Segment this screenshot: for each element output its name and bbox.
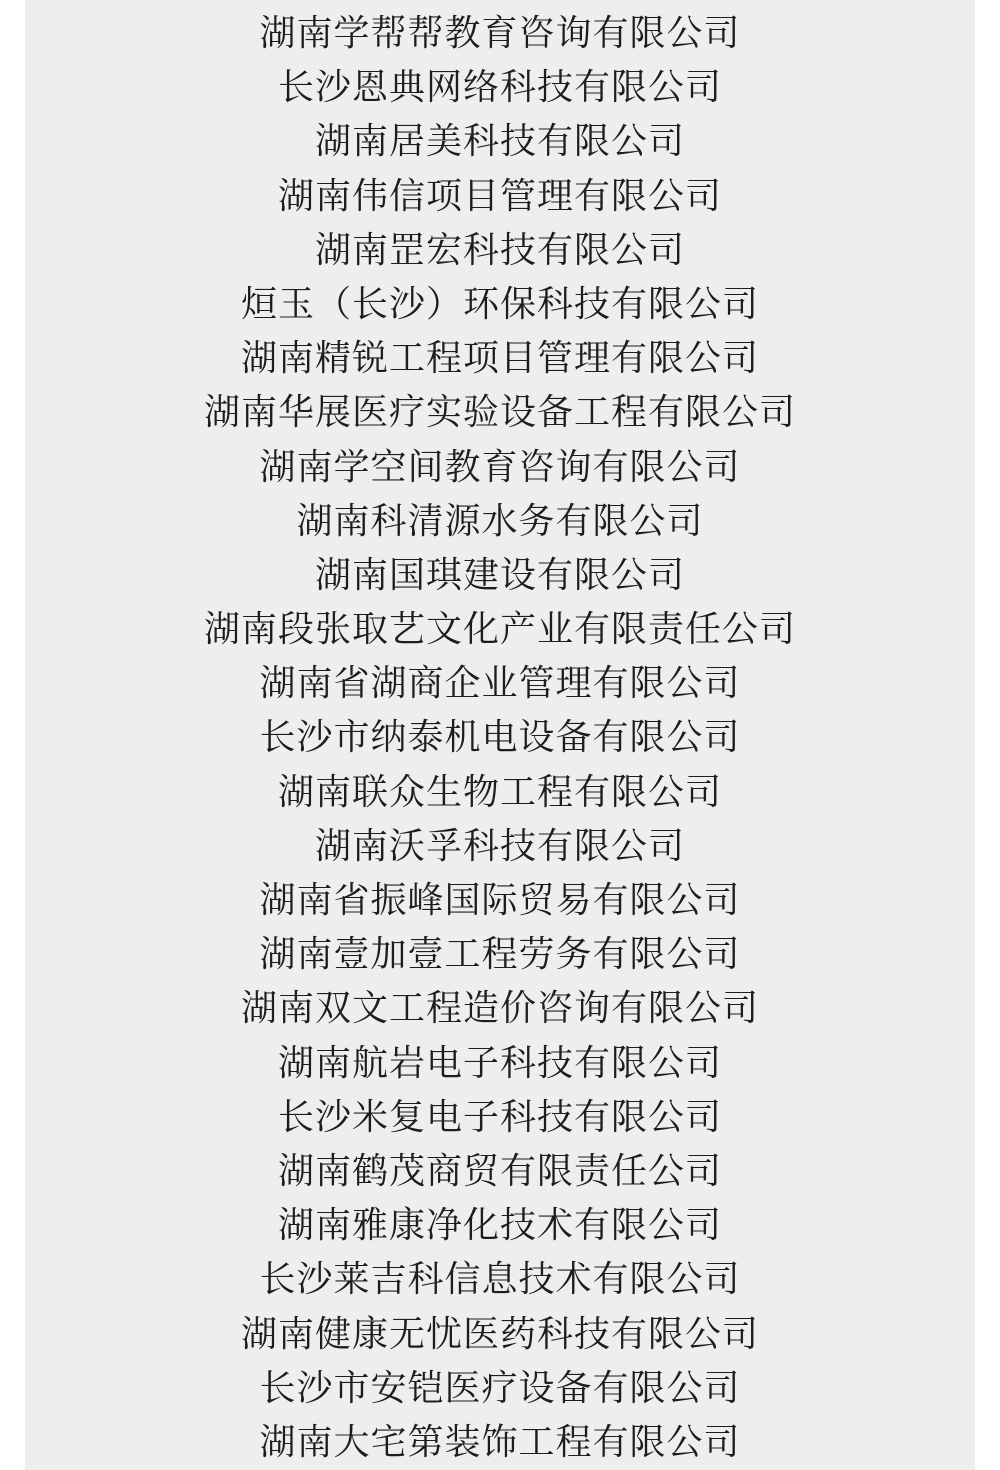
company-name-text: 长沙莱吉科信息技术有限公司 bbox=[259, 1258, 740, 1299]
company-list-item: 湖南省湖商企业管理有限公司 bbox=[25, 656, 975, 710]
company-list-item: 烜玉（长沙）环保科技有限公司 bbox=[25, 277, 975, 331]
company-list-item: 湖南伟信项目管理有限公司 bbox=[25, 169, 975, 223]
company-name-text: 湖南健康无忧医药科技有限公司 bbox=[241, 1313, 759, 1354]
company-list-item: 湖南华展医疗实验设备工程有限公司 bbox=[25, 385, 975, 439]
company-name-text: 湖南段张取艺文化产业有限责任公司 bbox=[204, 608, 796, 649]
company-list-item: 湖南壹加壹工程劳务有限公司 bbox=[25, 927, 975, 981]
company-list-item: 湖南雅康净化技术有限公司 bbox=[25, 1198, 975, 1252]
company-list-item: 湖南学帮帮教育咨询有限公司 bbox=[25, 6, 975, 60]
company-list-panel: 湖南学帮帮教育咨询有限公司 长沙恩典网络科技有限公司 湖南居美科技有限公司 湖南… bbox=[25, 0, 975, 1470]
company-list-item: 湖南精锐工程项目管理有限公司 bbox=[25, 331, 975, 385]
company-name-text: 长沙市纳泰机电设备有限公司 bbox=[259, 716, 740, 757]
company-list: 湖南学帮帮教育咨询有限公司 长沙恩典网络科技有限公司 湖南居美科技有限公司 湖南… bbox=[25, 6, 975, 1469]
company-name-text: 湖南壹加壹工程劳务有限公司 bbox=[259, 933, 740, 974]
company-name-text: 湖南沃孚科技有限公司 bbox=[315, 825, 685, 866]
company-name-text: 湖南学空间教育咨询有限公司 bbox=[259, 446, 740, 487]
company-name-text: 湖南航岩电子科技有限公司 bbox=[278, 1042, 722, 1083]
company-list-item: 湖南联众生物工程有限公司 bbox=[25, 765, 975, 819]
company-name-text: 长沙市安铠医疗设备有限公司 bbox=[259, 1367, 740, 1408]
company-name-text: 湖南双文工程造价咨询有限公司 bbox=[241, 987, 759, 1028]
company-name-text: 湖南省湖商企业管理有限公司 bbox=[259, 662, 740, 703]
company-name-text: 湖南精锐工程项目管理有限公司 bbox=[241, 337, 759, 378]
company-list-item: 长沙市纳泰机电设备有限公司 bbox=[25, 710, 975, 764]
company-list-item: 湖南双文工程造价咨询有限公司 bbox=[25, 981, 975, 1035]
company-list-item: 湖南国琪建设有限公司 bbox=[25, 548, 975, 602]
company-list-item: 湖南段张取艺文化产业有限责任公司 bbox=[25, 602, 975, 656]
company-name-text: 长沙恩典网络科技有限公司 bbox=[278, 66, 722, 107]
page-background: 湖南学帮帮教育咨询有限公司 长沙恩典网络科技有限公司 湖南居美科技有限公司 湖南… bbox=[0, 0, 1000, 1470]
company-name-text: 湖南鹤茂商贸有限责任公司 bbox=[278, 1150, 722, 1191]
company-list-item: 湖南沃孚科技有限公司 bbox=[25, 819, 975, 873]
company-list-item: 长沙恩典网络科技有限公司 bbox=[25, 60, 975, 114]
company-name-text: 湖南联众生物工程有限公司 bbox=[278, 771, 722, 812]
company-name-text: 湖南罡宏科技有限公司 bbox=[315, 229, 685, 270]
company-name-text: 湖南华展医疗实验设备工程有限公司 bbox=[204, 391, 796, 432]
company-name-text: 湖南伟信项目管理有限公司 bbox=[278, 175, 722, 216]
company-list-item: 湖南健康无忧医药科技有限公司 bbox=[25, 1307, 975, 1361]
company-name-text: 湖南大宅第装饰工程有限公司 bbox=[259, 1421, 740, 1462]
company-list-item: 湖南省振峰国际贸易有限公司 bbox=[25, 873, 975, 927]
company-list-item: 湖南鹤茂商贸有限责任公司 bbox=[25, 1144, 975, 1198]
company-list-item: 湖南居美科技有限公司 bbox=[25, 114, 975, 168]
company-list-item: 湖南科清源水务有限公司 bbox=[25, 494, 975, 548]
company-name-text: 湖南省振峰国际贸易有限公司 bbox=[259, 879, 740, 920]
company-name-text: 湖南国琪建设有限公司 bbox=[315, 554, 685, 595]
company-list-item: 湖南罡宏科技有限公司 bbox=[25, 223, 975, 277]
company-name-text: 湖南学帮帮教育咨询有限公司 bbox=[259, 12, 740, 53]
company-list-item: 长沙莱吉科信息技术有限公司 bbox=[25, 1252, 975, 1306]
company-list-item: 长沙市安铠医疗设备有限公司 bbox=[25, 1361, 975, 1415]
company-name-text: 烜玉（长沙）环保科技有限公司 bbox=[241, 283, 759, 324]
company-name-text: 长沙米复电子科技有限公司 bbox=[278, 1096, 722, 1137]
company-name-text: 湖南科清源水务有限公司 bbox=[296, 500, 703, 541]
company-name-text: 湖南雅康净化技术有限公司 bbox=[278, 1204, 722, 1245]
company-list-item: 湖南学空间教育咨询有限公司 bbox=[25, 440, 975, 494]
company-list-item: 长沙米复电子科技有限公司 bbox=[25, 1090, 975, 1144]
company-list-item: 湖南大宅第装饰工程有限公司 bbox=[25, 1415, 975, 1469]
company-list-item: 湖南航岩电子科技有限公司 bbox=[25, 1036, 975, 1090]
company-name-text: 湖南居美科技有限公司 bbox=[315, 120, 685, 161]
